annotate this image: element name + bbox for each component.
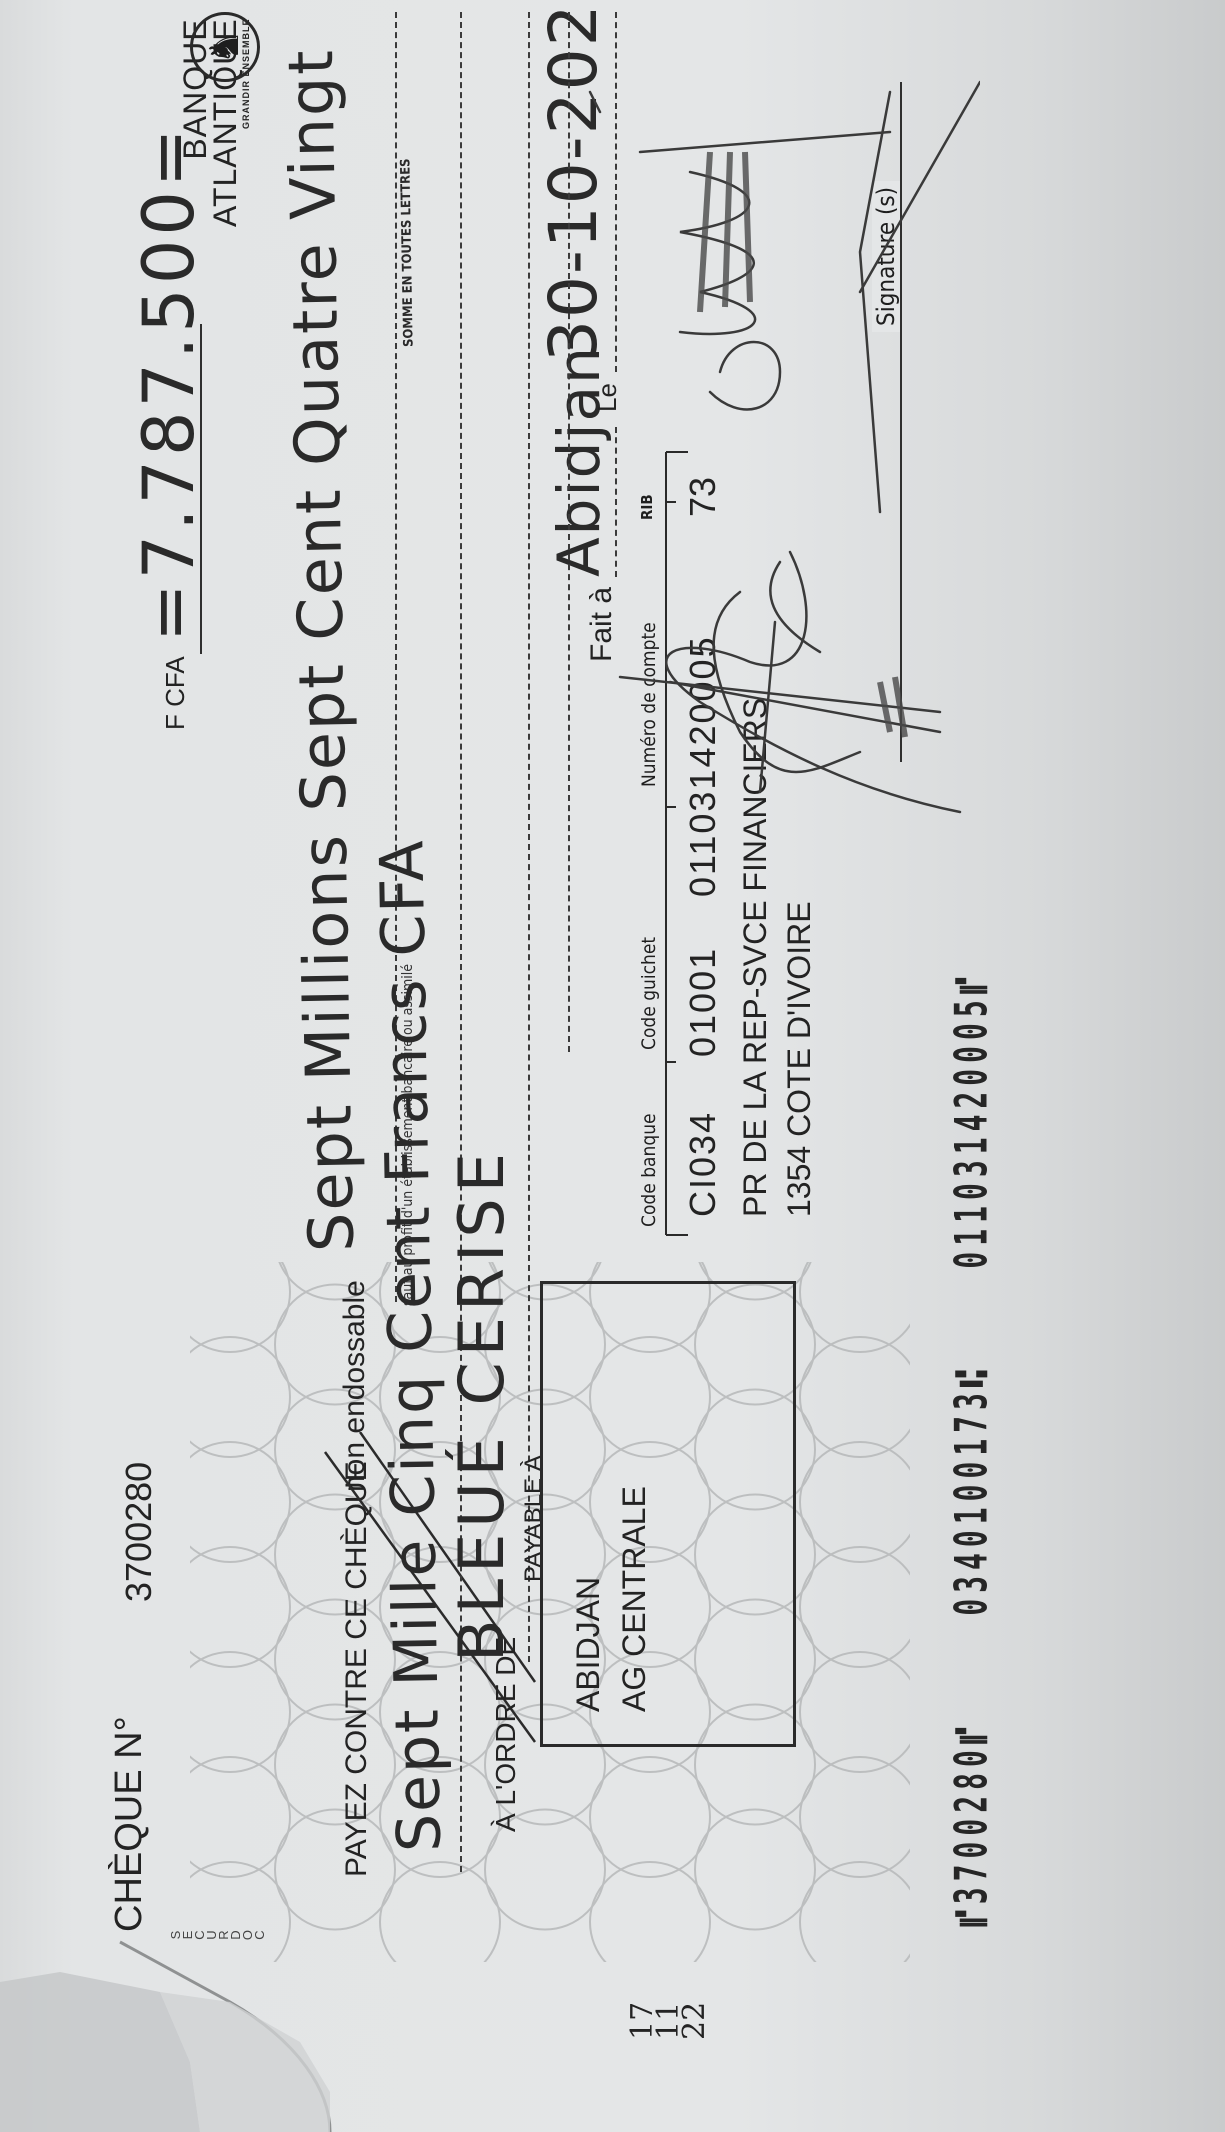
branch-code-value: 01001 [682,947,724,1057]
bank-code-value: CI034 [682,1111,724,1217]
branch-address: ABIDJAN AG CENTRALE [565,1486,657,1712]
handwritten-signature[interactable] [560,52,980,852]
branch-city: ABIDJAN [565,1486,611,1712]
order-of-label: À L'ORDRE DE [490,1637,522,1832]
bank-cheque: CHÈQUE N° 3700280 SECURDOC F CFA =7.787.… [0,0,1225,2132]
amount-words-handwritten-1[interactable]: Sept Millions Sept Cent Quatre Vingt [274,48,368,1253]
securdoc-mark: SECURDOC [170,1928,266,1942]
branch-code-label: Code guichet [638,937,660,1050]
cheque-number-label: CHÈQUE N° [108,1716,151,1932]
currency-label: F CFA [160,656,191,730]
cheque-number: 3700280 [118,1462,160,1602]
print-date-stamp: 17 11 22 [630,2002,708,2040]
payee-handwritten[interactable]: BLEUÉ CERISE [445,1147,518,1662]
amount-words-label: SOMME EN TOUTES LETTRES [398,158,416,347]
horse-rider-icon: ♞ [190,12,260,82]
payee-line [528,12,530,1662]
branch-agency: AG CENTRALE [611,1486,657,1712]
micr-bank-routing: 0340100173⑆ [945,1364,998,1615]
bank-code-label: Code banque [638,1113,660,1227]
micr-cheque-number: ⑈3700280⑈ [945,1721,998,1927]
micr-account: 011031420005⑈ [945,971,998,1268]
micr-line: ⑈3700280⑈ 0340100173⑆ 011031420005⑈ [945,971,998,1927]
